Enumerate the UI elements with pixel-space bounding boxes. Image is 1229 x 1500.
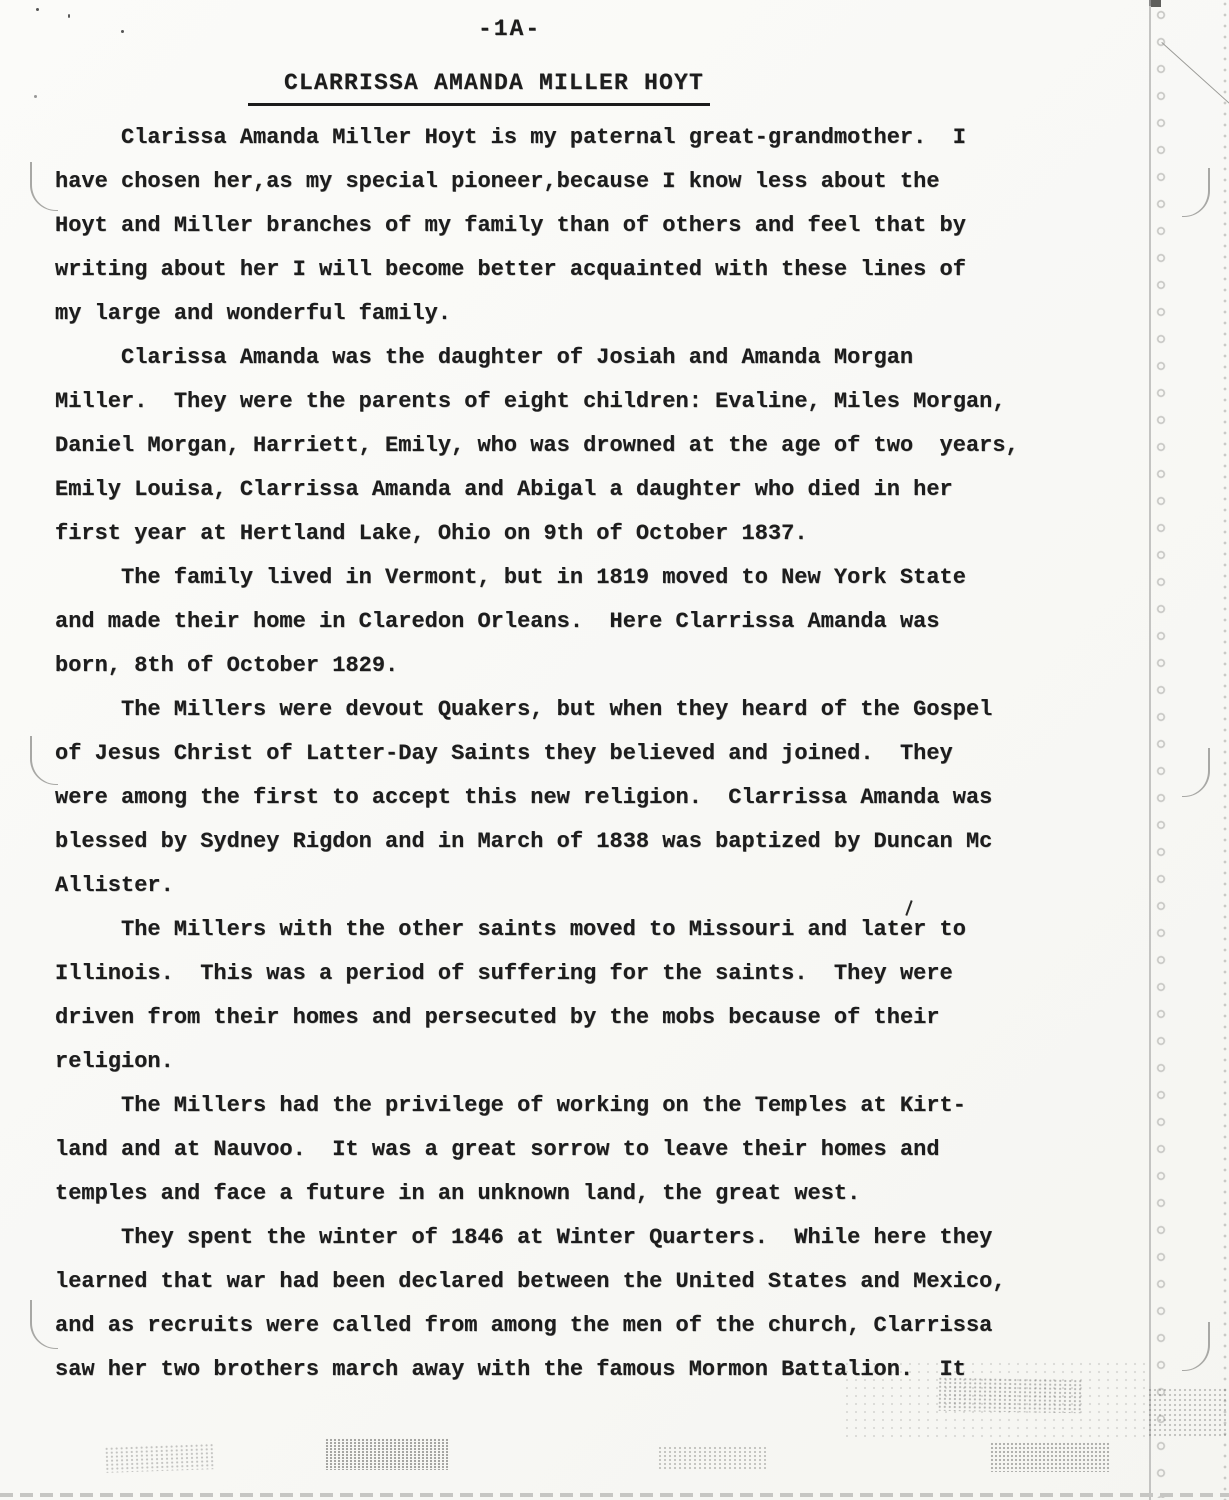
scan-speckle bbox=[990, 1442, 1110, 1472]
page-number: -1A- bbox=[478, 16, 541, 42]
text-line: Hoyt and Miller branches of my family th… bbox=[55, 204, 1115, 248]
binder-holes-strip bbox=[1151, 2, 1171, 1498]
text-line: writing about her I will become better a… bbox=[55, 248, 1115, 292]
text-line: and as recruits were called from among t… bbox=[55, 1304, 1115, 1348]
text-line: The family lived in Vermont, but in 1819… bbox=[55, 556, 1115, 600]
text-line: were among the first to accept this new … bbox=[55, 776, 1115, 820]
text-line: The Millers were devout Quakers, but whe… bbox=[55, 688, 1115, 732]
text-line: Clarissa Amanda Miller Hoyt is my patern… bbox=[55, 116, 1115, 160]
text-line: The Millers had the privilege of working… bbox=[55, 1084, 1115, 1128]
text-line: land and at Nauvoo. It was a great sorro… bbox=[55, 1128, 1115, 1172]
text-line: The Millers with the other saints moved … bbox=[55, 908, 1115, 952]
scan-edge-texture bbox=[1222, 0, 1229, 1500]
scan-dot bbox=[121, 30, 124, 33]
text-line: of Jesus Christ of Latter-Day Saints the… bbox=[55, 732, 1115, 776]
text-line: Daniel Morgan, Harriett, Emily, who was … bbox=[55, 424, 1115, 468]
page-curl-mark bbox=[30, 1300, 58, 1349]
text-line: have chosen her,as my special pioneer,be… bbox=[55, 160, 1115, 204]
page-curl-mark bbox=[1182, 1322, 1210, 1371]
scan-speckle bbox=[938, 1377, 1084, 1414]
text-line: temples and face a future in an unknown … bbox=[55, 1172, 1115, 1216]
text-line: Miller. They were the parents of eight c… bbox=[55, 380, 1115, 424]
text-line: learned that war had been declared betwe… bbox=[55, 1260, 1115, 1304]
document-body: Clarissa Amanda Miller Hoyt is my patern… bbox=[55, 116, 1115, 1392]
document-title: CLARRISSA AMANDA MILLER HOYT bbox=[284, 70, 704, 96]
page-curl-mark bbox=[1182, 748, 1210, 797]
scanned-page: -1A- CLARRISSA AMANDA MILLER HOYT Claris… bbox=[0, 0, 1229, 1500]
text-line: driven from their homes and persecuted b… bbox=[55, 996, 1115, 1040]
scan-dot bbox=[36, 8, 39, 11]
corner-fold-line bbox=[1161, 42, 1229, 110]
title-underline: CLARRISSA AMANDA MILLER HOYT bbox=[248, 70, 710, 106]
text-line: my large and wonderful family. bbox=[55, 292, 1115, 336]
text-line: and made their home in Claredon Orleans.… bbox=[55, 600, 1115, 644]
scan-speckle bbox=[325, 1438, 450, 1470]
text-line: first year at Hertland Lake, Ohio on 9th… bbox=[55, 512, 1115, 556]
title-row: CLARRISSA AMANDA MILLER HOYT bbox=[248, 70, 710, 106]
page-curl-mark bbox=[30, 736, 58, 785]
scan-speckle bbox=[105, 1443, 216, 1473]
page-curl-mark bbox=[1182, 168, 1210, 217]
bottom-perforation-line bbox=[0, 1493, 1229, 1497]
text-line: Illinois. This was a period of suffering… bbox=[55, 952, 1115, 996]
text-line: born, 8th of October 1829. bbox=[55, 644, 1115, 688]
text-line: Allister. bbox=[55, 864, 1115, 908]
text-line: They spent the winter of 1846 at Winter … bbox=[55, 1216, 1115, 1260]
scan-dot bbox=[68, 14, 70, 18]
page-curl-mark bbox=[30, 162, 58, 211]
text-line: religion. bbox=[55, 1040, 1115, 1084]
text-line: blessed by Sydney Rigdon and in March of… bbox=[55, 820, 1115, 864]
scan-dot bbox=[34, 95, 37, 98]
text-line: Emily Louisa, Clarrissa Amanda and Abiga… bbox=[55, 468, 1115, 512]
scan-speckle bbox=[658, 1446, 768, 1470]
text-line: Clarissa Amanda was the daughter of Josi… bbox=[55, 336, 1115, 380]
scan-speckle bbox=[1148, 1388, 1226, 1438]
